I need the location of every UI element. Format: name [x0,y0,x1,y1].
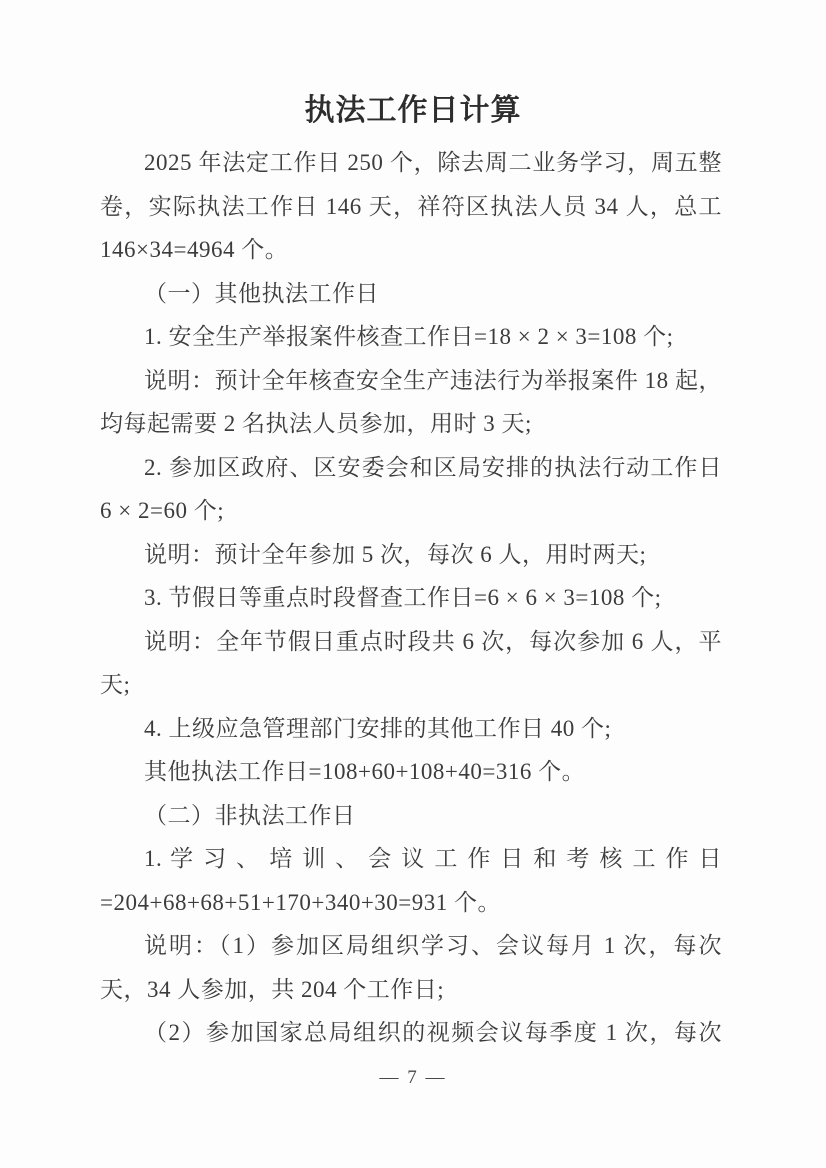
doc-line: 146×34=4964 个。 [100,228,722,272]
doc-line: =204+68+68+51+170+340+30=931 个。 [100,881,722,925]
document-body: 2025 年法定工作日 250 个，除去周二业务学习，周五整理案 卷，实际执法工… [100,141,722,1055]
doc-line: （2）参加国家总局组织的视频会议每季度 1 次，每次 0.5 [100,1011,722,1055]
doc-line: 6 × 2=60 个; [100,489,722,533]
doc-line: 卷，实际执法工作日 146 天，祥符区执法人员 34 人，总工作 [100,185,722,229]
doc-line: 天; [100,663,722,707]
doc-line: 2025 年法定工作日 250 个，除去周二业务学习，周五整理案 [100,141,722,185]
document-page: 执法工作日计算 2025 年法定工作日 250 个，除去周二业务学习，周五整理案… [0,0,826,1168]
doc-line: 2. 参加区政府、区安委会和区局安排的执法行动工作日=5 × [100,446,722,490]
section-heading: （一）其他执法工作日 [100,272,722,316]
doc-line: 3. 节假日等重点时段督查工作日=6 × 6 × 3=108 个; [100,576,722,620]
page-number: — 7 — [0,1066,826,1090]
section-heading: （二）非执法工作日 [100,794,722,838]
doc-line: 4. 上级应急管理部门安排的其他工作日 40 个; [100,707,722,751]
doc-line: 其他执法工作日=108+60+108+40=316 个。 [100,750,722,794]
doc-line: 说明：预计全年核查安全生产违法行为举报案件 18 起，平 [100,359,722,403]
doc-line: 说明：（1）参加区局组织学习、会议每月 1 次，每次 0.5 [100,924,722,968]
doc-line: 1. 学 习 、 培 训 、 会 议 工 作 日 和 考 核 工 作 日 [100,837,722,881]
doc-line: 说明：预计全年参加 5 次，每次 6 人，用时两天; [100,533,722,577]
doc-line: 均每起需要 2 名执法人员参加，用时 3 天; [100,402,722,446]
doc-line: 1. 安全生产举报案件核查工作日=18 × 2 × 3=108 个; [100,315,722,359]
doc-line: 说明：全年节假日重点时段共 6 次，每次参加 6 人，平均 3 [100,620,722,664]
doc-line: 天，34 人参加，共 204 个工作日; [100,968,722,1012]
page-title: 执法工作日计算 [0,88,826,134]
